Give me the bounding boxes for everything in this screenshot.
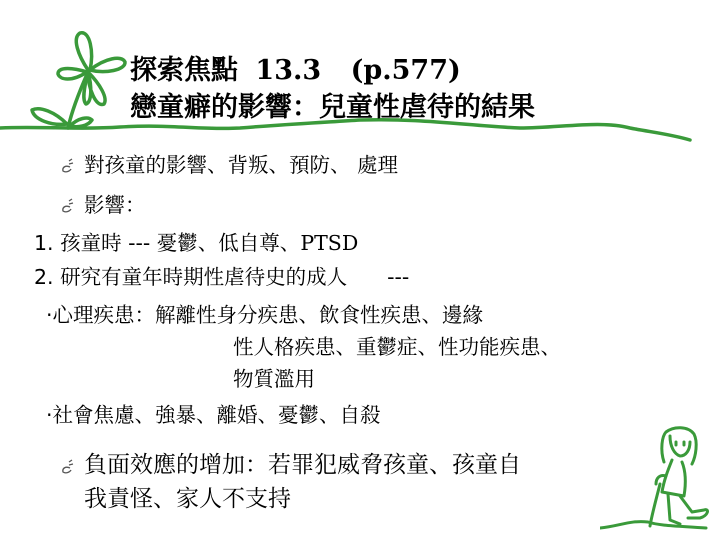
- numbered-prefix: 1.: [34, 231, 60, 255]
- numbered-item-1: 1. 孩童時 --- 憂鬱、低自尊、PTSD: [34, 230, 358, 256]
- sub-item-text: 心理疾患：解離性身分疾患、飲食性疾患、邊緣: [53, 303, 484, 327]
- title-section-number: 13.3: [255, 55, 321, 86]
- bullet-item-effects: 對孩童的影響、背叛、預防、 處理: [84, 152, 398, 178]
- numbered-text-latin: PTSD: [300, 231, 358, 255]
- sketch-bullet-icon: [60, 197, 74, 213]
- walking-girl-decoration-icon: [600, 380, 720, 540]
- title-focus-label: 探索焦點: [130, 55, 238, 86]
- sketch-bullet-icon: [60, 458, 74, 474]
- slide: 探索焦點 13.3 (p.577) 戀童癖的影響：兒童性虐待的結果 對孩童的影響…: [0, 0, 720, 540]
- bullet-item-negative-effects-cont: 我責怪、家人不支持: [84, 486, 291, 512]
- bullet-item-impacts: 影響：: [84, 192, 146, 218]
- numbered-item-2: 2. 研究有童年時期性虐待史的成人---: [34, 264, 409, 290]
- bullet-item-negative-effects: 負面效應的增加：若罪犯威脅孩童、孩童自: [84, 452, 521, 478]
- title-line-1: 探索焦點 13.3 (p.577): [130, 52, 535, 89]
- numbered-prefix: 2.: [34, 265, 60, 289]
- page-title: 探索焦點 13.3 (p.577) 戀童癖的影響：兒童性虐待的結果: [130, 52, 535, 126]
- sub-item-mental-disorders: ·心理疾患：解離性身分疾患、飲食性疾患、邊緣: [46, 302, 483, 328]
- numbered-text: 孩童時 --- 憂鬱、低自尊、: [60, 231, 300, 255]
- sub-item-mental-disorders-cont: 物質濫用: [233, 366, 315, 392]
- sketch-bullet-icon: [60, 157, 74, 173]
- sub-item-social: ·社會焦慮、強暴、離婚、憂鬱、自殺: [46, 402, 381, 428]
- numbered-suffix: ---: [387, 265, 409, 289]
- title-page-ref: (p.577): [351, 55, 461, 86]
- title-line-2: 戀童癖的影響：兒童性虐待的結果: [130, 89, 535, 126]
- sub-item-text: 社會焦慮、強暴、離婚、憂鬱、自殺: [53, 403, 381, 427]
- numbered-text: 研究有童年時期性虐待史的成人: [60, 265, 347, 289]
- sub-item-mental-disorders-cont: 性人格疾患、重鬱症、性功能疾患、: [233, 334, 561, 360]
